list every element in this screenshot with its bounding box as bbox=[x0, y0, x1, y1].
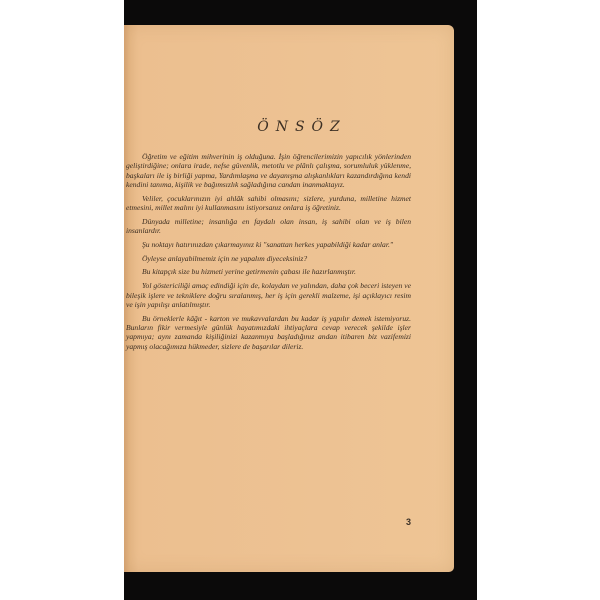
book-page: ÖNSÖZ Öğretim ve eğitim mihverinin iş ol… bbox=[124, 25, 454, 572]
paragraph: Bu örneklerle kâğıt - karton ve mukavval… bbox=[126, 314, 411, 351]
page-number: 3 bbox=[406, 517, 411, 527]
paragraph: Yol göstericiliği amaç edindiği için de,… bbox=[126, 281, 411, 309]
paragraph: Şu noktayı hatırınızdan çıkarmayınız ki … bbox=[126, 240, 411, 249]
paragraph: Veliler, çocuklarınızın iyi ahlâk sahibi… bbox=[126, 194, 411, 213]
paragraph: Öğretim ve eğitim mihverinin iş olduğuna… bbox=[126, 152, 411, 189]
paragraph: Öyleyse anlayabilmemiz için ne yapalım d… bbox=[126, 254, 411, 263]
page-title: ÖNSÖZ bbox=[124, 119, 454, 135]
paragraph: Dünyada milletine; insanlığa en faydalı … bbox=[126, 217, 411, 236]
paragraph: Bu kitapçık size bu hizmeti yerine getir… bbox=[126, 267, 411, 276]
preface-body: Öğretim ve eğitim mihverinin iş olduğuna… bbox=[126, 152, 411, 355]
